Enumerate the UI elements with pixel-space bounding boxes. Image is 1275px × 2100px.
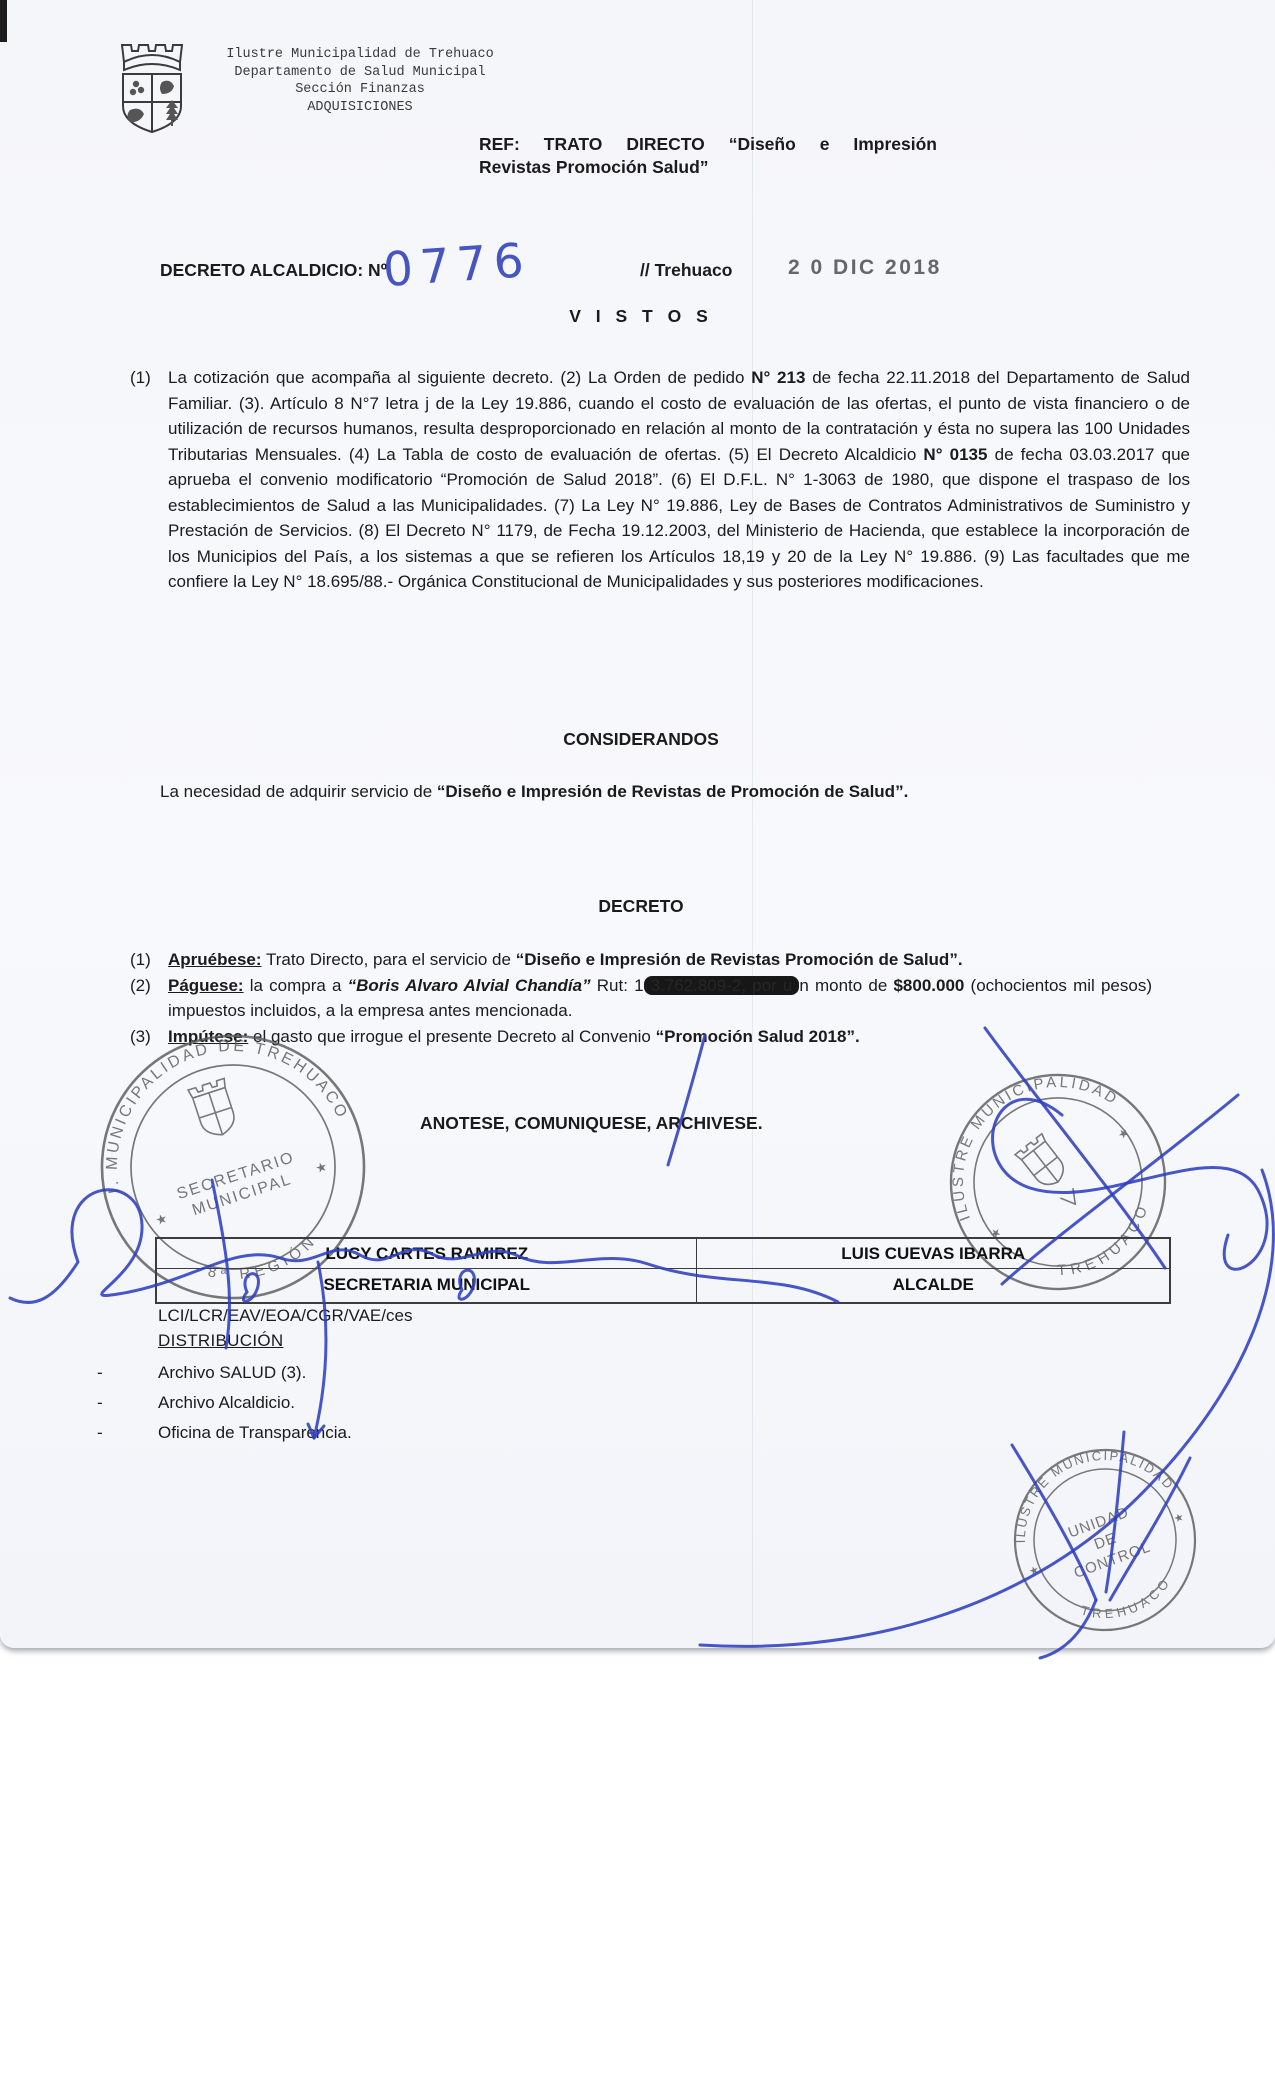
reference-block: REF: TRATO DIRECTO “Diseño e Impresión R… bbox=[479, 133, 937, 179]
decreto-item: (1) Apruébese: Trato Directo, para el se… bbox=[130, 947, 1152, 973]
distribution-item: -Archivo SALUD (3). bbox=[97, 1358, 352, 1388]
closing-order-line: ANOTESE, COMUNIQUESE, ARCHIVESE. bbox=[420, 1113, 763, 1134]
list-dash: - bbox=[97, 1358, 158, 1388]
org-line-section: Sección Finanzas bbox=[200, 81, 520, 99]
distribution-item-text: Archivo SALUD (3). bbox=[158, 1363, 306, 1382]
reference-line-2: Revistas Promoción Salud” bbox=[479, 156, 937, 179]
secretary-stamp-crest-icon bbox=[188, 1078, 241, 1140]
mayor-name: LUIS CUEVAS IBARRA bbox=[696, 1239, 1169, 1269]
signature-names-row: LUCY CARTES RAMIREZ LUIS CUEVAS IBARRA bbox=[157, 1239, 1169, 1269]
org-line-municipality: Ilustre Municipalidad de Trehuaco bbox=[200, 46, 520, 64]
control-stamp-ring-bottom: TREHUACO bbox=[1075, 1571, 1180, 1634]
signature-titles-row: SECRETARIA MUNICIPAL ALCALDE bbox=[157, 1269, 1169, 1302]
distribution-item: -Archivo Alcaldicio. bbox=[97, 1388, 352, 1418]
svg-text:TREHUACO: TREHUACO bbox=[1075, 1571, 1180, 1634]
date-stamp: 2 0 DIC 2018 bbox=[788, 256, 942, 280]
star-icon: ★ bbox=[1115, 1125, 1132, 1143]
vistos-paragraph: (1) La cotización que acompaña al siguie… bbox=[130, 365, 1190, 595]
vistos-heading: V I S T O S bbox=[130, 306, 1152, 327]
secretary-title: SECRETARIA MUNICIPAL bbox=[157, 1269, 696, 1302]
municipality-coat-of-arms-icon bbox=[106, 32, 198, 138]
org-line-unit: ADQUISICIONES bbox=[200, 99, 520, 117]
secretary-name: LUCY CARTES RAMIREZ bbox=[157, 1239, 696, 1269]
vistos-item-text: La cotización que acompaña al siguiente … bbox=[168, 368, 1190, 591]
responsibility-initials: LCI/LCR/EAV/EOA/CGR/VAE/ces bbox=[158, 1306, 412, 1326]
scan-edge-artifact bbox=[0, 0, 7, 42]
decree-number-label: DECRETO ALCALDICIO: Nº bbox=[160, 260, 387, 281]
alcalde-stamp-crest-icon bbox=[1015, 1134, 1089, 1215]
considerandos-statement: La necesidad de adquirir servicio de “Di… bbox=[160, 779, 1160, 805]
header-organization-block: Ilustre Municipalidad de Trehuaco Depart… bbox=[200, 46, 520, 116]
org-line-department: Departamento de Salud Municipal bbox=[200, 64, 520, 82]
distribution-heading: DISTRIBUCIÓN bbox=[158, 1331, 283, 1351]
decree-place: // Trehuaco bbox=[640, 260, 732, 281]
scanned-decree-page: Ilustre Municipalidad de Trehuaco Depart… bbox=[0, 0, 1275, 2100]
handwritten-decree-number: 0776 bbox=[381, 233, 532, 298]
signature-table: LUCY CARTES RAMIREZ LUIS CUEVAS IBARRA S… bbox=[155, 1237, 1171, 1304]
distribution-item: -Oficina de Transparencia. bbox=[97, 1418, 352, 1448]
star-icon: ★ bbox=[313, 1158, 329, 1176]
decreto-heading: DECRETO bbox=[130, 896, 1152, 917]
list-dash: - bbox=[97, 1418, 158, 1448]
decreto-item-text: Apruébese: Trato Directo, para el servic… bbox=[168, 950, 963, 969]
distribution-item-text: Archivo Alcaldicio. bbox=[158, 1393, 295, 1412]
distribution-item-text: Oficina de Transparencia. bbox=[158, 1423, 352, 1442]
mayor-title: ALCALDE bbox=[696, 1269, 1169, 1302]
distribution-list: -Archivo SALUD (3). -Archivo Alcaldicio.… bbox=[97, 1358, 352, 1448]
decreto-item-number: (2) bbox=[130, 973, 151, 999]
star-icon: ★ bbox=[154, 1210, 170, 1228]
decreto-item-number: (1) bbox=[130, 947, 151, 973]
vistos-item-number: (1) bbox=[130, 365, 151, 391]
reference-line-1: REF: TRATO DIRECTO “Diseño e Impresión bbox=[479, 133, 937, 156]
considerandos-heading: CONSIDERANDOS bbox=[130, 729, 1152, 750]
list-dash: - bbox=[97, 1388, 158, 1418]
